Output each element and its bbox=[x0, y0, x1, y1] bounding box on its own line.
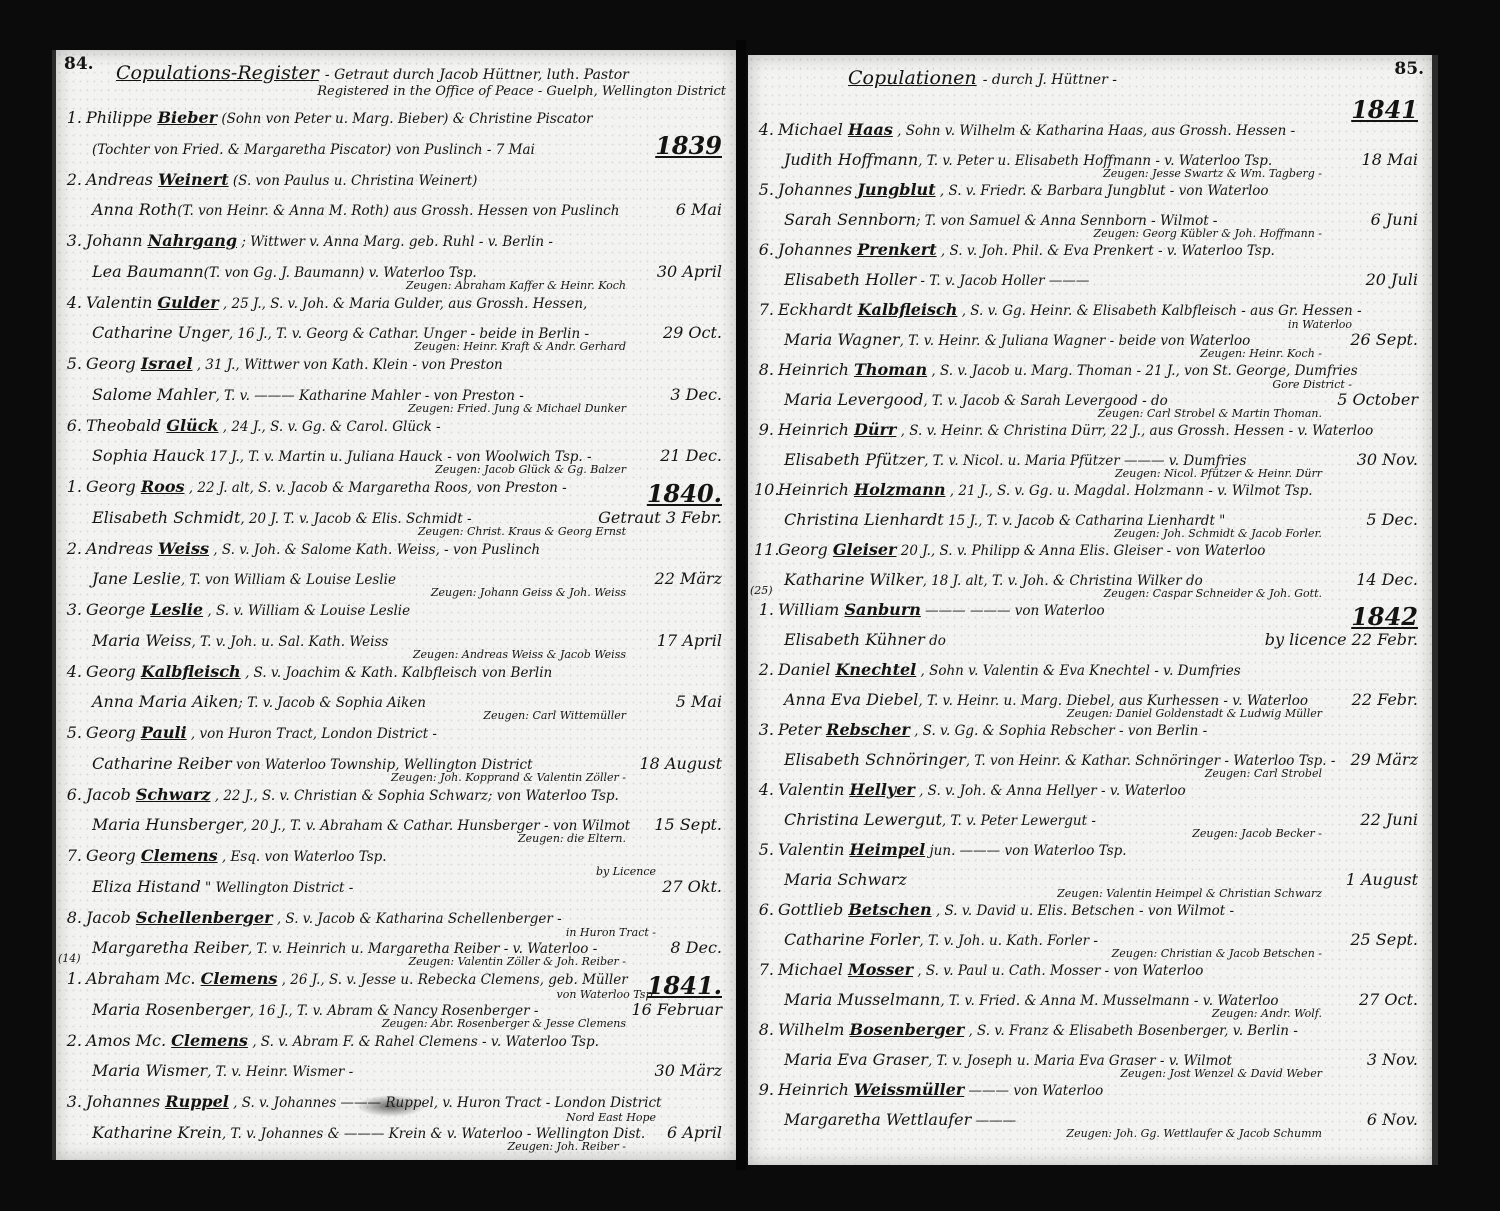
groom-surname: Jungblut bbox=[857, 180, 935, 199]
entry-number: 6. bbox=[754, 240, 774, 259]
groom-detail: , S. v. Heinr. & Christina Dürr, 22 J., … bbox=[896, 423, 1373, 439]
bride-name: Lea Baumann bbox=[92, 262, 204, 281]
groom-detail: , 24 J., S. v. Gg. & Carol. Glück - bbox=[219, 419, 441, 435]
bride-name: Anna Eva Diebel bbox=[784, 690, 918, 709]
bride-detail: , T. von William & Louise Leslie bbox=[181, 572, 396, 588]
entry-groom-line: 2.Amos Mc. Clemens , S. v. Abram F. & Ra… bbox=[62, 1031, 736, 1057]
groom-given-name: Georg bbox=[86, 662, 141, 681]
entry-groom-line: 9.Heinrich Dürr , S. v. Heinr. & Christi… bbox=[754, 420, 1432, 446]
groom-given-name: Peter bbox=[778, 720, 826, 739]
entry-groom-line: 5.Valentin Heimpel jun. ——— von Waterloo… bbox=[754, 840, 1432, 866]
marriage-date: 3 Dec. bbox=[670, 385, 722, 404]
entry-bride-line: Maria Musselmann, T. v. Fried. & Anna M.… bbox=[784, 990, 1432, 1016]
entry-list: 4.Michael Haas , Sohn v. Wilhelm & Katha… bbox=[748, 55, 1432, 1165]
witnesses-note: Zeugen: Georg Kübler & Joh. Hoffmann - bbox=[1094, 227, 1322, 240]
entry-groom-line: 7.Michael Mosser , S. v. Paul u. Cath. M… bbox=[754, 960, 1432, 986]
entry-number: 2. bbox=[62, 170, 82, 189]
groom-detail: , S. v. Joachim & Kath. Kalbfleisch von … bbox=[241, 665, 553, 681]
witnesses-note: Zeugen: Andreas Weiss & Jacob Weiss bbox=[413, 648, 626, 661]
bride-name: Sophia Hauck bbox=[92, 446, 205, 465]
groom-detail: (S. von Paulus u. Christina Weinert) bbox=[229, 173, 478, 189]
bride-detail: " Wellington District - bbox=[201, 880, 354, 896]
entry-number: 5. bbox=[754, 840, 774, 859]
bride-detail: ——— bbox=[971, 1113, 1016, 1129]
entry-number: 8. bbox=[754, 1020, 774, 1039]
groom-given-name: Johann bbox=[86, 231, 148, 250]
entry-groom-line: 4.Valentin Hellyer , S. v. Joh. & Anna H… bbox=[754, 780, 1432, 806]
bride-name: Jane Leslie bbox=[92, 569, 181, 588]
witnesses-note: Zeugen: Carl Wittemüller bbox=[483, 709, 626, 722]
groom-detail: ; Wittwer v. Anna Marg. geb. Ruhl - v. B… bbox=[237, 234, 553, 250]
entry-groom-line: 3.Johann Nahrgang ; Wittwer v. Anna Marg… bbox=[62, 231, 736, 257]
bride-detail: , T. v. Heinr. Wismer - bbox=[207, 1064, 353, 1080]
entry-groom-line: 1.William Sanburn ——— ——— von Waterloo bbox=[754, 600, 1432, 626]
groom-given-name: William bbox=[778, 600, 844, 619]
groom-surname: Clemens bbox=[171, 1031, 248, 1050]
groom-detail: , S. v. Jacob & Katharina Schellenberger… bbox=[273, 911, 562, 927]
bride-name: Christina Lienhardt bbox=[784, 510, 944, 529]
entry-number: 4. bbox=[754, 120, 774, 139]
entry-groom-line: 1.Philippe Bieber (Sohn von Peter u. Mar… bbox=[62, 108, 736, 134]
entry-bride-line: Catharine Forler, T. v. Joh. u. Kath. Fo… bbox=[784, 930, 1432, 956]
groom-surname: Clemens bbox=[201, 969, 278, 988]
marriage-date: 5 Dec. bbox=[1366, 510, 1418, 529]
right-page: 85. Copulationen - durch J. Hüttner - 18… bbox=[748, 55, 1438, 1165]
entry-number: 10. bbox=[754, 480, 774, 499]
bride-name: Katharine Wilker bbox=[784, 570, 923, 589]
marriage-date: 22 Juni bbox=[1360, 810, 1418, 829]
annotation-note: in Huron Tract - bbox=[566, 926, 656, 939]
bride-name: Katharine Krein bbox=[92, 1123, 222, 1142]
groom-given-name: Heinrich bbox=[778, 1080, 854, 1099]
bride-name: Elisabeth Pfützer bbox=[784, 450, 924, 469]
entry-groom-line: 2.Daniel Knechtel , Sohn v. Valentin & E… bbox=[754, 660, 1432, 686]
entry-bride-line: (Tochter von Fried. & Margaretha Piscato… bbox=[92, 139, 736, 165]
bride-detail: , T. v. Joh. u. Kath. Forler - bbox=[919, 933, 1098, 949]
marriage-date: 25 Sept. bbox=[1350, 930, 1418, 949]
bride-name: Margaretha Wettlaufer bbox=[784, 1110, 971, 1129]
marriage-date: 5 October bbox=[1337, 390, 1418, 409]
marriage-date: 16 Februar bbox=[631, 1000, 722, 1019]
annotation-note: in Waterloo bbox=[1288, 318, 1352, 331]
groom-given-name: Johannes bbox=[86, 1092, 165, 1111]
entry-number: 1. bbox=[754, 600, 774, 619]
bride-name: Elisabeth Holler bbox=[784, 270, 916, 289]
entry-groom-line: 11.Georg Gleiser 20 J., S. v. Philipp & … bbox=[754, 540, 1432, 566]
groom-detail: , S. v. Joh. & Salome Kath. Weiss, - von… bbox=[209, 542, 540, 558]
groom-given-name: Georg bbox=[778, 540, 833, 559]
witnesses-note: Zeugen: Jost Wenzel & David Weber bbox=[1120, 1067, 1322, 1080]
bride-name: Elisabeth Schnöringer bbox=[784, 750, 966, 769]
bride-name: Anna Roth bbox=[92, 200, 177, 219]
witnesses-note: Zeugen: Christ. Kraus & Georg Ernst bbox=[418, 525, 626, 538]
bride-name: Maria Musselmann bbox=[784, 990, 940, 1009]
groom-given-name: Georg bbox=[86, 477, 141, 496]
bride-name: Christina Lewergut bbox=[784, 810, 942, 829]
groom-surname: Thoman bbox=[854, 360, 927, 379]
bride-detail: (T. von Heinr. & Anna M. Roth) aus Gross… bbox=[177, 203, 619, 219]
witnesses-note: Zeugen: Heinr. Kraft & Andr. Gerhard bbox=[414, 340, 626, 353]
groom-surname: Bieber bbox=[157, 108, 217, 127]
bride-name: Maria Eva Graser bbox=[784, 1050, 928, 1069]
groom-surname: Gleiser bbox=[833, 540, 897, 559]
marriage-date: 6 April bbox=[667, 1123, 722, 1142]
groom-surname: Mosser bbox=[848, 960, 913, 979]
book-spine bbox=[736, 40, 746, 1170]
groom-detail: , S. v. Johannes ——— Ruppel, v. Huron Tr… bbox=[229, 1095, 662, 1111]
entry-bride-line: Christina Lewergut, T. v. Peter Lewergut… bbox=[784, 810, 1432, 836]
bride-name: Maria Wismer bbox=[92, 1061, 207, 1080]
groom-detail: 20 J., S. v. Philipp & Anna Elis. Gleise… bbox=[896, 543, 1265, 559]
bride-name: Catharine Forler bbox=[784, 930, 919, 949]
marriage-date: 18 Mai bbox=[1362, 150, 1418, 169]
marriage-date: 8 Dec. bbox=[670, 938, 722, 957]
marriage-date: 27 Okt. bbox=[662, 877, 722, 896]
entry-number: 2. bbox=[754, 660, 774, 679]
marriage-date: by licence 22 Febr. bbox=[1265, 630, 1418, 649]
marriage-date: 30 Nov. bbox=[1357, 450, 1418, 469]
groom-given-name: Valentin bbox=[778, 780, 849, 799]
bride-detail: , T. v. Joh. u. Sal. Kath. Weiss bbox=[191, 634, 388, 650]
bride-name: Maria Rosenberger bbox=[92, 1000, 250, 1019]
groom-surname: Prenkert bbox=[857, 240, 936, 259]
marriage-date: 22 Febr. bbox=[1352, 690, 1418, 709]
entry-number: 7. bbox=[62, 846, 82, 865]
groom-detail: , 31 J., Wittwer von Kath. Klein - von P… bbox=[192, 357, 502, 373]
bride-name: Elisabeth Kühner bbox=[784, 630, 925, 649]
groom-surname: Schwarz bbox=[136, 785, 211, 804]
groom-detail: , S. v. Franz & Elisabeth Bosenberger, v… bbox=[964, 1023, 1298, 1039]
entry-number: 6. bbox=[62, 416, 82, 435]
groom-detail: , 26 J., S. v. Jesse u. Rebecka Clemens,… bbox=[277, 972, 627, 988]
entry-bride-line: Anna Maria Aiken; T. v. Jacob & Sophia A… bbox=[92, 692, 736, 718]
groom-given-name: Heinrich bbox=[778, 360, 854, 379]
left-page: 84. Copulations-Register - Getraut durch… bbox=[52, 50, 736, 1160]
groom-given-name: George bbox=[86, 600, 150, 619]
groom-given-name: Johannes bbox=[778, 240, 857, 259]
margin-count: (14) bbox=[58, 952, 81, 965]
groom-given-name: Amos Mc. bbox=[86, 1031, 171, 1050]
bride-detail: - T. v. Jacob Holler ——— bbox=[916, 273, 1089, 289]
groom-given-name: Theobald bbox=[86, 416, 166, 435]
bride-name: Sarah Sennborn bbox=[784, 210, 916, 229]
groom-detail: , S. v. David u. Elis. Betschen - von Wi… bbox=[932, 903, 1234, 919]
witnesses-note: Zeugen: Christian & Jacob Betschen - bbox=[1112, 947, 1322, 960]
entry-number: 9. bbox=[754, 420, 774, 439]
witnesses-note: Zeugen: Andr. Wolf. bbox=[1212, 1007, 1322, 1020]
groom-given-name: Michael bbox=[778, 960, 848, 979]
groom-given-name: Georg bbox=[86, 846, 141, 865]
groom-surname: Weissmüller bbox=[854, 1080, 964, 1099]
entry-number: 8. bbox=[62, 908, 82, 927]
groom-detail: ——— ——— von Waterloo bbox=[921, 603, 1105, 619]
groom-given-name: Georg bbox=[86, 723, 141, 742]
witnesses-note: Zeugen: Nicol. Pfützer & Heinr. Dürr bbox=[1115, 467, 1322, 480]
entry-groom-line: 4.Valentin Gulder , 25 J., S. v. Joh. & … bbox=[62, 293, 736, 319]
entry-groom-line: 5.Georg Israel , 31 J., Wittwer von Kath… bbox=[62, 354, 736, 380]
entry-number: 9. bbox=[754, 1080, 774, 1099]
groom-given-name: Jacob bbox=[86, 908, 136, 927]
groom-surname: Weiss bbox=[158, 539, 209, 558]
bride-name: Margaretha Reiber bbox=[92, 938, 248, 957]
witnesses-note: Zeugen: Abr. Rosenberger & Jesse Clemens bbox=[382, 1017, 626, 1030]
bride-name: Eliza Histand bbox=[92, 877, 201, 896]
entry-number: 6. bbox=[62, 785, 82, 804]
groom-detail: , S. v. Friedr. & Barbara Jungblut - von… bbox=[936, 183, 1269, 199]
marriage-date: 5 Mai bbox=[676, 692, 722, 711]
year-marker: 1842 bbox=[1351, 602, 1418, 631]
entry-number: 4. bbox=[62, 662, 82, 681]
groom-detail: , S. v. Jacob u. Marg. Thoman - 21 J., v… bbox=[927, 363, 1358, 379]
witnesses-note: Zeugen: Daniel Goldenstadt & Ludwig Müll… bbox=[1067, 707, 1322, 720]
groom-given-name: Johannes bbox=[778, 180, 857, 199]
annotation-note: Nord East Hope bbox=[566, 1111, 656, 1124]
entry-groom-line: 5.Georg Pauli , von Huron Tract, London … bbox=[62, 723, 736, 749]
entry-number: 3. bbox=[754, 720, 774, 739]
annotation-note: von Waterloo Tsp. bbox=[557, 988, 657, 1001]
marriage-date: 27 Oct. bbox=[1359, 990, 1418, 1009]
groom-detail: , 22 J., S. v. Christian & Sophia Schwar… bbox=[210, 788, 618, 804]
groom-surname: Pauli bbox=[141, 723, 187, 742]
marriage-date: 17 April bbox=[657, 631, 722, 650]
entry-bride-line: Sophia Hauck 17 J., T. v. Martin u. Juli… bbox=[92, 446, 736, 472]
margin-count: (25) bbox=[750, 584, 773, 597]
witnesses-note: Zeugen: Johann Geiss & Joh. Weiss bbox=[431, 586, 626, 599]
bride-detail: (Tochter von Fried. & Margaretha Piscato… bbox=[92, 142, 535, 158]
entry-groom-line: 6.Theobald Glück , 24 J., S. v. Gg. & Ca… bbox=[62, 416, 736, 442]
groom-detail: , S. v. Abram F. & Rahel Clemens - v. Wa… bbox=[248, 1034, 599, 1050]
entry-groom-line: 6.Jacob Schwarz , 22 J., S. v. Christian… bbox=[62, 785, 736, 811]
entry-groom-line: 4.Michael Haas , Sohn v. Wilhelm & Katha… bbox=[754, 120, 1432, 146]
groom-detail: , S. v. Paul u. Cath. Mosser - von Water… bbox=[913, 963, 1203, 979]
groom-given-name: Eckhardt bbox=[778, 300, 858, 319]
ink-smudge bbox=[356, 1095, 426, 1117]
entry-number: 3. bbox=[62, 231, 82, 250]
witnesses-note: Zeugen: Valentin Zöller & Joh. Reiber - bbox=[409, 955, 627, 968]
entry-bride-line: Maria Wagner, T. v. Heinr. & Juliana Wag… bbox=[784, 330, 1432, 356]
witnesses-note: Zeugen: Jesse Swartz & Wm. Tagberg - bbox=[1103, 167, 1322, 180]
groom-given-name: Gottlieb bbox=[778, 900, 848, 919]
groom-given-name: Michael bbox=[778, 120, 848, 139]
entry-groom-line: 6.Johannes Prenkert , S. v. Joh. Phil. &… bbox=[754, 240, 1432, 266]
groom-detail: , Sohn v. Wilhelm & Katharina Haas, aus … bbox=[893, 123, 1295, 139]
bride-detail: do bbox=[925, 633, 946, 649]
marriage-date: 14 Dec. bbox=[1356, 570, 1418, 589]
bride-name: Catharine Reiber bbox=[92, 754, 232, 773]
marriage-date: 29 März bbox=[1351, 750, 1418, 769]
entry-number: 6. bbox=[754, 900, 774, 919]
groom-surname: Bosenberger bbox=[850, 1020, 965, 1039]
witnesses-note: Zeugen: Joh. Reiber - bbox=[507, 1140, 626, 1153]
entry-number: 5. bbox=[62, 354, 82, 373]
bride-detail: ; T. v. Jacob & Sophia Aiken bbox=[238, 695, 426, 711]
witnesses-note: Zeugen: Caspar Schneider & Joh. Gott. bbox=[1104, 587, 1322, 600]
bride-name: Anna Maria Aiken bbox=[92, 692, 238, 711]
marriage-date: 18 August bbox=[640, 754, 723, 773]
groom-surname: Kalbfleisch bbox=[858, 300, 958, 319]
entry-groom-line: 3.Peter Rebscher , S. v. Gg. & Sophia Re… bbox=[754, 720, 1432, 746]
groom-detail: , S. v. Gg. & Sophia Rebscher - von Berl… bbox=[910, 723, 1207, 739]
groom-given-name: Abraham Mc. bbox=[86, 969, 201, 988]
entry-bride-line: Maria Wismer, T. v. Heinr. Wismer -30 Mä… bbox=[92, 1061, 736, 1087]
marriage-date: 15 Sept. bbox=[654, 815, 722, 834]
entry-groom-line: 6.Gottlieb Betschen , S. v. David u. Eli… bbox=[754, 900, 1432, 926]
groom-detail: , Sohn v. Valentin & Eva Knechtel - v. D… bbox=[916, 663, 1240, 679]
entry-number: 8. bbox=[754, 360, 774, 379]
entry-bride-line: Eliza Histand " Wellington District -27 … bbox=[92, 877, 736, 903]
groom-detail: , S. v. William & Louise Leslie bbox=[203, 603, 410, 619]
groom-given-name: Andreas bbox=[86, 170, 158, 189]
bride-name: Salome Mahler bbox=[92, 385, 215, 404]
groom-given-name: Georg bbox=[86, 354, 141, 373]
witnesses-note: Zeugen: Carl Strobel & Martin Thoman. bbox=[1098, 407, 1322, 420]
groom-detail: , S. v. Gg. Heinr. & Elisabeth Kalbfleis… bbox=[957, 303, 1361, 319]
groom-surname: Schellenberger bbox=[136, 908, 273, 927]
entry-bride-line: Katharine Krein, T. v. Johannes & ——— Kr… bbox=[92, 1123, 736, 1149]
marriage-date: 20 Juli bbox=[1366, 270, 1418, 289]
marriage-date: 6 Nov. bbox=[1367, 1110, 1418, 1129]
marriage-date: 1 August bbox=[1346, 870, 1418, 889]
entry-number: 1. bbox=[62, 477, 82, 496]
entry-groom-line: 9.Heinrich Weissmüller ——— von Waterloo bbox=[754, 1080, 1432, 1106]
entry-bride-line: Elisabeth Holler - T. v. Jacob Holler ——… bbox=[784, 270, 1432, 296]
groom-given-name: Valentin bbox=[778, 840, 849, 859]
marriage-date: 22 März bbox=[655, 569, 722, 588]
marriage-date: 3 Nov. bbox=[1367, 1050, 1418, 1069]
entry-bride-line: Elisabeth Kühner doby licence 22 Febr. bbox=[784, 630, 1432, 656]
groom-surname: Hellyer bbox=[849, 780, 914, 799]
witnesses-note: Zeugen: Abraham Kaffer & Heinr. Koch bbox=[406, 279, 626, 292]
groom-detail: , 25 J., S. v. Joh. & Maria Gulder, aus … bbox=[219, 296, 588, 312]
witnesses-note: Zeugen: Valentin Heimpel & Christian Sch… bbox=[1057, 887, 1322, 900]
groom-surname: Heimpel bbox=[849, 840, 925, 859]
entry-groom-line: 2.Andreas Weiss , S. v. Joh. & Salome Ka… bbox=[62, 539, 736, 565]
witnesses-note: Zeugen: Jacob Glück & Gg. Balzer bbox=[435, 463, 626, 476]
groom-detail: , 22 J. alt, S. v. Jacob & Margaretha Ro… bbox=[185, 480, 567, 496]
groom-detail: jun. ——— von Waterloo Tsp. bbox=[925, 843, 1126, 859]
groom-surname: Sanburn bbox=[844, 600, 920, 619]
groom-given-name: Andreas bbox=[86, 539, 158, 558]
bride-detail: , T. v. Peter Lewergut - bbox=[942, 813, 1096, 829]
witnesses-note: Zeugen: Fried. Jung & Michael Dunker bbox=[408, 402, 626, 415]
marriage-date: 6 Juni bbox=[1371, 210, 1418, 229]
witnesses-note: Zeugen: Joh. Schmidt & Jacob Forler. bbox=[1114, 527, 1322, 540]
entry-bride-line: Anna Roth(T. von Heinr. & Anna M. Roth) … bbox=[92, 200, 736, 226]
entry-number: 2. bbox=[62, 539, 82, 558]
groom-surname: Holzmann bbox=[854, 480, 946, 499]
groom-surname: Clemens bbox=[141, 846, 218, 865]
entry-groom-line: 2.Andreas Weinert (S. von Paulus u. Chri… bbox=[62, 170, 736, 196]
entry-number: 4. bbox=[62, 293, 82, 312]
bride-name: Maria Wagner bbox=[784, 330, 900, 349]
groom-detail: , Esq. von Waterloo Tsp. bbox=[218, 849, 387, 865]
entry-bride-line: Elisabeth Pfützer, T. v. Nicol. u. Maria… bbox=[784, 450, 1432, 476]
bride-name: Maria Weiss bbox=[92, 631, 191, 650]
entry-groom-line: 10.Heinrich Holzmann , 21 J., S. v. Gg. … bbox=[754, 480, 1432, 506]
groom-surname: Roos bbox=[141, 477, 185, 496]
entry-bride-line: Maria Eva Graser, T. v. Joseph u. Maria … bbox=[784, 1050, 1432, 1076]
groom-surname: Knechtel bbox=[835, 660, 916, 679]
entry-number: 4. bbox=[754, 780, 774, 799]
bride-name: Maria Schwarz bbox=[784, 870, 907, 889]
groom-surname: Leslie bbox=[150, 600, 203, 619]
groom-surname: Gulder bbox=[157, 293, 218, 312]
year-marker: 1840. bbox=[647, 479, 722, 508]
bride-name: Elisabeth Schmidt bbox=[92, 508, 240, 527]
witnesses-note: Zeugen: Joh. Gg. Wettlaufer & Jacob Schu… bbox=[1066, 1127, 1322, 1140]
entry-bride-line: Christina Lienhardt 15 J., T. v. Jacob &… bbox=[784, 510, 1432, 536]
entry-number: 1. bbox=[62, 108, 82, 127]
entry-groom-line: 3.George Leslie , S. v. William & Louise… bbox=[62, 600, 736, 626]
entry-number: 2. bbox=[62, 1031, 82, 1050]
marriage-date: 30 April bbox=[657, 262, 722, 281]
bride-name: Maria Levergood bbox=[784, 390, 923, 409]
bride-name: Catharine Unger bbox=[92, 323, 229, 342]
bride-name: Maria Hunsberger bbox=[92, 815, 243, 834]
annotation-note: Gore District - bbox=[1272, 378, 1352, 391]
entry-number: 5. bbox=[754, 180, 774, 199]
groom-given-name: Valentin bbox=[86, 293, 157, 312]
groom-given-name: Heinrich bbox=[778, 480, 854, 499]
groom-given-name: Philippe bbox=[86, 108, 157, 127]
groom-surname: Weinert bbox=[158, 170, 229, 189]
groom-surname: Haas bbox=[848, 120, 893, 139]
groom-detail: (Sohn von Peter u. Marg. Bieber) & Chris… bbox=[217, 111, 592, 127]
year-marker: 1839 bbox=[655, 131, 722, 160]
witnesses-note: Zeugen: Joh. Kopprand & Valentin Zöller … bbox=[391, 771, 626, 784]
marriage-date: 21 Dec. bbox=[660, 446, 722, 465]
groom-given-name: Jacob bbox=[86, 785, 136, 804]
groom-surname: Kalbfleisch bbox=[141, 662, 241, 681]
groom-surname: Rebscher bbox=[826, 720, 910, 739]
entry-groom-line: 8.Wilhelm Bosenberger , S. v. Franz & El… bbox=[754, 1020, 1432, 1046]
groom-given-name: Heinrich bbox=[778, 420, 854, 439]
bride-detail: , T. v. Heinr. & Juliana Wagner - beide … bbox=[900, 333, 1251, 349]
groom-detail: , S. v. Joh. & Anna Hellyer - v. Waterlo… bbox=[915, 783, 1186, 799]
bride-name: Judith Hoffmann bbox=[784, 150, 918, 169]
entry-number: 11. bbox=[754, 540, 774, 559]
entry-groom-line: 5.Johannes Jungblut , S. v. Friedr. & Ba… bbox=[754, 180, 1432, 206]
entry-number: 5. bbox=[62, 723, 82, 742]
marriage-date: 30 März bbox=[655, 1061, 722, 1080]
witnesses-note: Zeugen: Carl Strobel bbox=[1205, 767, 1322, 780]
witnesses-note: Zeugen: die Eltern. bbox=[518, 832, 626, 845]
year-marker: 1841. bbox=[647, 971, 722, 1000]
entry-number: 3. bbox=[62, 600, 82, 619]
groom-detail: ——— von Waterloo bbox=[964, 1083, 1103, 1099]
entry-number: 1. bbox=[62, 969, 82, 988]
groom-surname: Nahrgang bbox=[148, 231, 237, 250]
marriage-date: 6 Mai bbox=[676, 200, 722, 219]
entry-number: 7. bbox=[754, 300, 774, 319]
groom-detail: , von Huron Tract, London District - bbox=[187, 726, 437, 742]
groom-surname: Israel bbox=[141, 354, 193, 373]
groom-surname: Ruppel bbox=[165, 1092, 229, 1111]
entry-groom-line: 4.Georg Kalbfleisch , S. v. Joachim & Ka… bbox=[62, 662, 736, 688]
witnesses-note: Zeugen: Heinr. Koch - bbox=[1200, 347, 1322, 360]
witnesses-note: Zeugen: Jacob Becker - bbox=[1192, 827, 1322, 840]
entry-number: 7. bbox=[754, 960, 774, 979]
groom-surname: Betschen bbox=[848, 900, 931, 919]
entry-bride-line: Maria Hunsberger, 20 J., T. v. Abraham &… bbox=[92, 815, 736, 841]
entry-bride-line: Elisabeth Schmidt, 20 J. T. v. Jacob & E… bbox=[92, 508, 736, 534]
groom-given-name: Daniel bbox=[778, 660, 835, 679]
marriage-date: 26 Sept. bbox=[1350, 330, 1418, 349]
groom-detail: , 21 J., S. v. Gg. u. Magdal. Holzmann -… bbox=[945, 483, 1312, 499]
entry-bride-line: Elisabeth Schnöringer, T. von Heinr. & K… bbox=[784, 750, 1432, 776]
entry-bride-line: Jane Leslie, T. von William & Louise Les… bbox=[92, 569, 736, 595]
marriage-date: 29 Oct. bbox=[663, 323, 722, 342]
